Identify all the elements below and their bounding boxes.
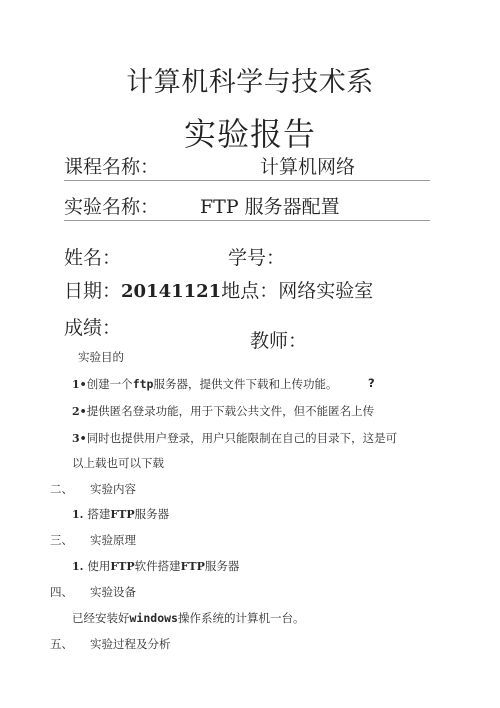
purpose-item-3-text: 同时也提供用户登录，用户只能限制在自己的目录下，这是可 xyxy=(87,431,398,445)
purpose-item-1-num: 1• xyxy=(72,378,87,391)
date-label: 日期： xyxy=(64,280,121,302)
purpose-item-1-prefix: 创建一个 xyxy=(87,377,133,391)
content-item-1-code: FTP xyxy=(110,508,134,521)
principle-item-1-suffix: 服务器 xyxy=(205,559,240,573)
experiment-name-text: FTP 服务器配置 xyxy=(200,196,340,218)
equipment-section-num: 四、 xyxy=(50,584,90,600)
principle-item-1-num: 1. xyxy=(72,560,87,573)
content-section-title: 实验内容 xyxy=(90,482,136,496)
purpose-item-1: 1•创建一个ftp服务器，提供文件下载和上传功能。 xyxy=(72,376,337,392)
principle-section-heading: 三、实验原理 xyxy=(50,532,136,548)
student-id-label: 学号： xyxy=(228,243,285,270)
course-name-row: 课程名称： 计算机网络 xyxy=(64,152,430,181)
experiment-name-value: FTP 服务器配置 xyxy=(200,192,340,219)
principle-item-1-code2: FTP xyxy=(181,560,205,573)
report-title: 实验报告 xyxy=(0,109,500,155)
experiment-name-row: 实验名称： FTP 服务器配置 xyxy=(64,192,430,221)
purpose-item-3-continuation: 以上载也可以下载 xyxy=(72,455,164,471)
process-section-num: 五、 xyxy=(50,636,90,652)
equipment-text-suffix: 操作系统的计算机一台。 xyxy=(178,611,305,625)
content-item-1-suffix: 服务器 xyxy=(135,507,170,521)
content-section-num: 二、 xyxy=(50,481,90,497)
principle-item-1-code1: FTP xyxy=(110,560,134,573)
location-label: 地点： xyxy=(221,280,278,302)
process-section-title: 实验过程及分析 xyxy=(90,637,171,651)
purpose-item-2: 2•提供匿名登录功能，用于下载公共文件，但不能匿名上传 xyxy=(72,403,374,419)
name-label: 姓名： xyxy=(64,243,121,270)
purpose-section-title: 实验目的 xyxy=(78,349,124,365)
content-item-1-prefix: 搭建 xyxy=(87,507,110,521)
equipment-section-heading: 四、实验设备 xyxy=(50,584,136,600)
purpose-item-2-num: 2• xyxy=(72,405,87,418)
question-mark: ? xyxy=(368,376,375,390)
content-section-heading: 二、实验内容 xyxy=(50,481,136,497)
content-item-1: 1. 搭建FTP服务器 xyxy=(72,506,169,522)
equipment-text: 已经安装好windows操作系统的计算机一台。 xyxy=(72,610,304,626)
teacher-label: 教师： xyxy=(250,326,307,353)
course-name-value: 计算机网络 xyxy=(260,152,355,179)
equipment-section-title: 实验设备 xyxy=(90,585,136,599)
purpose-item-3-num: 3• xyxy=(72,432,87,445)
principle-item-1-mid: 软件搭建 xyxy=(135,559,181,573)
principle-section-title: 实验原理 xyxy=(90,533,136,547)
date-value: 20141121 xyxy=(121,281,221,302)
process-section-heading: 五、实验过程及分析 xyxy=(50,636,171,652)
grade-label: 成绩： xyxy=(64,313,121,340)
principle-section-num: 三、 xyxy=(50,532,90,548)
date-location-line: 日期：20141121地点：网络实验室 xyxy=(64,276,373,303)
content-item-1-num: 1. xyxy=(72,508,87,521)
principle-item-1-prefix: 使用 xyxy=(87,559,110,573)
principle-item-1: 1. 使用FTP软件搭建FTP服务器 xyxy=(72,558,239,574)
purpose-item-3: 3•同时也提供用户登录，用户只能限制在自己的目录下，这是可 xyxy=(72,430,397,446)
equipment-text-code: windows xyxy=(130,611,178,625)
location-value: 网络实验室 xyxy=(278,280,373,302)
course-name-label: 课程名称： xyxy=(64,152,159,179)
equipment-text-prefix: 已经安装好 xyxy=(72,611,130,625)
department-title: 计算机科学与技术系 xyxy=(0,60,500,99)
purpose-item-1-suffix: 服务器，提供文件下载和上传功能。 xyxy=(153,377,337,391)
purpose-item-1-code: ftp xyxy=(133,377,154,391)
purpose-item-2-text: 提供匿名登录功能，用于下载公共文件，但不能匿名上传 xyxy=(87,404,375,418)
experiment-name-label: 实验名称： xyxy=(64,192,159,219)
